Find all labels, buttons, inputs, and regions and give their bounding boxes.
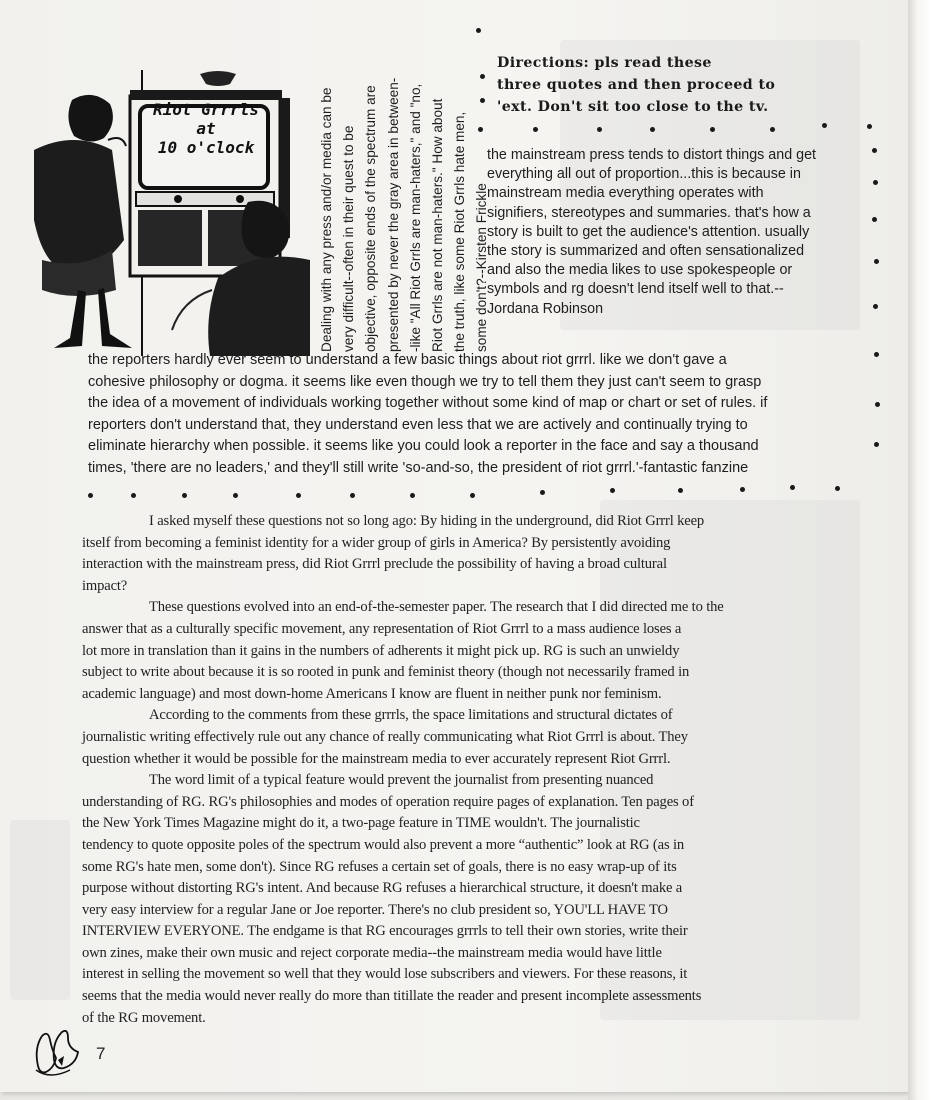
quote-line: objective, opposite ends of the spectrum… <box>360 62 382 352</box>
essay-line: INTERVIEW EVERYONE. The endgame is that … <box>82 921 862 943</box>
quote-line: the reporters hardly ever seem to unders… <box>88 350 868 372</box>
dot-icon <box>88 493 93 498</box>
quote-line: Dealing with any press and/or media can … <box>316 62 338 352</box>
dot-icon <box>835 486 840 491</box>
tv-line: at <box>146 119 266 138</box>
quote-line: Riot Grrls are not man-haters." How abou… <box>427 62 449 352</box>
directions-line: three quotes and then proceed to <box>497 74 857 96</box>
dot-icon <box>875 402 880 407</box>
dot-icon <box>597 127 602 132</box>
quote-line: -like "All Riot Grrls are man-haters," a… <box>405 62 427 352</box>
dot-icon <box>867 124 872 129</box>
essay-line: own zines, make their own music and reje… <box>82 943 862 965</box>
quote-line: reporters don't understand that, they un… <box>88 415 868 437</box>
quote-line: eliminate hierarchy when possible. it se… <box>88 436 868 458</box>
bleed-through-doodle <box>10 820 70 1000</box>
essay-line: interest in selling the movement so well… <box>82 964 862 986</box>
quote-line: mainstream media everything operates wit… <box>487 184 877 203</box>
quote-line: everything all out of proportion...this … <box>487 165 877 184</box>
page-number: 7 <box>96 1044 105 1064</box>
essay-line: subject to write about because it is so … <box>82 662 862 684</box>
dot-icon <box>650 127 655 132</box>
essay-line: itself from becoming a feminist identity… <box>82 533 862 555</box>
essay-body: I asked myself these questions not so lo… <box>82 511 862 1029</box>
quote-line: the idea of a movement of individuals wo… <box>88 393 868 415</box>
essay-line: According to the comments from these grr… <box>82 705 862 727</box>
quote-kirsten-frickle: Dealing with any press and/or media can … <box>316 62 466 352</box>
tv-line: 10 o'clock <box>146 138 266 157</box>
dot-icon <box>678 488 683 493</box>
quote-line: the story is summarized and often sensat… <box>487 242 877 261</box>
essay-line: the New York Times Magazine might do it,… <box>82 813 862 835</box>
directions-note: Directions: pls read these three quotes … <box>497 52 857 118</box>
dot-icon <box>740 487 745 492</box>
essay-line: seems that the media would never really … <box>82 986 862 1008</box>
essay-line: The word limit of a typical feature woul… <box>82 770 862 792</box>
dot-icon <box>476 28 481 33</box>
quote-line: Jordana Robinson <box>487 300 877 319</box>
quote-line: symbols and rg doesn't lend itself well … <box>487 280 877 299</box>
dot-icon <box>770 127 775 132</box>
essay-line: journalistic writing effectively rule ou… <box>82 727 862 749</box>
essay-line: interaction with the mainstream press, d… <box>82 554 862 576</box>
quote-line: signifiers, stereotypes and summaries. t… <box>487 204 877 223</box>
essay-line: answer that as a culturally specific mov… <box>82 619 862 641</box>
essay-line: question whether it would be possible fo… <box>82 749 862 771</box>
essay-line: These questions evolved into an end-of-t… <box>82 597 862 619</box>
dot-icon <box>480 74 485 79</box>
dot-icon <box>233 493 238 498</box>
quote-line: cohesive philosophy or dogma. it seems l… <box>88 372 868 394</box>
dot-icon <box>410 493 415 498</box>
essay-line: impact? <box>82 576 862 598</box>
essay-line: some RG's hate men, some don't). Since R… <box>82 857 862 879</box>
dot-icon <box>874 442 879 447</box>
page-footer: 7 <box>28 1030 148 1080</box>
dot-icon <box>540 490 545 495</box>
dot-icon <box>350 493 355 498</box>
tv-screen-caption: Riot Grrrls at 10 o'clock <box>146 100 266 157</box>
quote-line: times, 'there are no leaders,' and they'… <box>88 458 868 480</box>
tv-line: Riot Grrrls <box>146 100 266 119</box>
essay-line: of the RG movement. <box>82 1008 862 1030</box>
essay-line: academic language) and most down-home Am… <box>82 684 862 706</box>
dot-icon <box>470 493 475 498</box>
quote-jordana-robinson: the mainstream press tends to distort th… <box>487 146 877 319</box>
paper-edge <box>908 0 931 1100</box>
dot-icon <box>790 485 795 490</box>
directions-line: 'ext. Don't sit too close to the tv. <box>497 96 857 118</box>
dot-icon <box>478 127 483 132</box>
quote-line: presented by never the gray area in betw… <box>383 62 405 352</box>
quote-line: the mainstream press tends to distort th… <box>487 146 877 165</box>
directions-line: Directions: pls read these <box>497 52 857 74</box>
dot-icon <box>610 488 615 493</box>
quote-line: and also the media likes to use spokespe… <box>487 261 877 280</box>
dot-icon <box>874 352 879 357</box>
tv-illustration: Riot Grrrls at 10 o'clock <box>12 60 310 356</box>
quote-line: the truth, like some Riot Grrls hate men… <box>449 62 471 352</box>
dot-icon <box>480 98 485 103</box>
dot-icon <box>822 123 827 128</box>
essay-line: purpose without distorting RG's intent. … <box>82 878 862 900</box>
quote-line: very difficult--often in their quest to … <box>338 62 360 352</box>
essay-line: tendency to quote opposite poles of the … <box>82 835 862 857</box>
zine-page: Riot Grrrls at 10 o'clock Dealing with a… <box>0 0 908 1092</box>
essay-line: lot more in translation than it gains in… <box>82 641 862 663</box>
bra-doodle-icon <box>28 1030 88 1082</box>
dot-icon <box>533 127 538 132</box>
dot-icon <box>296 493 301 498</box>
quote-line: story is built to get the audience's att… <box>487 223 877 242</box>
dot-icon <box>131 493 136 498</box>
dot-icon <box>182 493 187 498</box>
essay-line: understanding of RG. RG's philosophies a… <box>82 792 862 814</box>
dot-icon <box>710 127 715 132</box>
essay-line: very easy interview for a regular Jane o… <box>82 900 862 922</box>
quote-fantastic-fanzine: the reporters hardly ever seem to unders… <box>88 350 868 480</box>
essay-line: I asked myself these questions not so lo… <box>82 511 862 533</box>
